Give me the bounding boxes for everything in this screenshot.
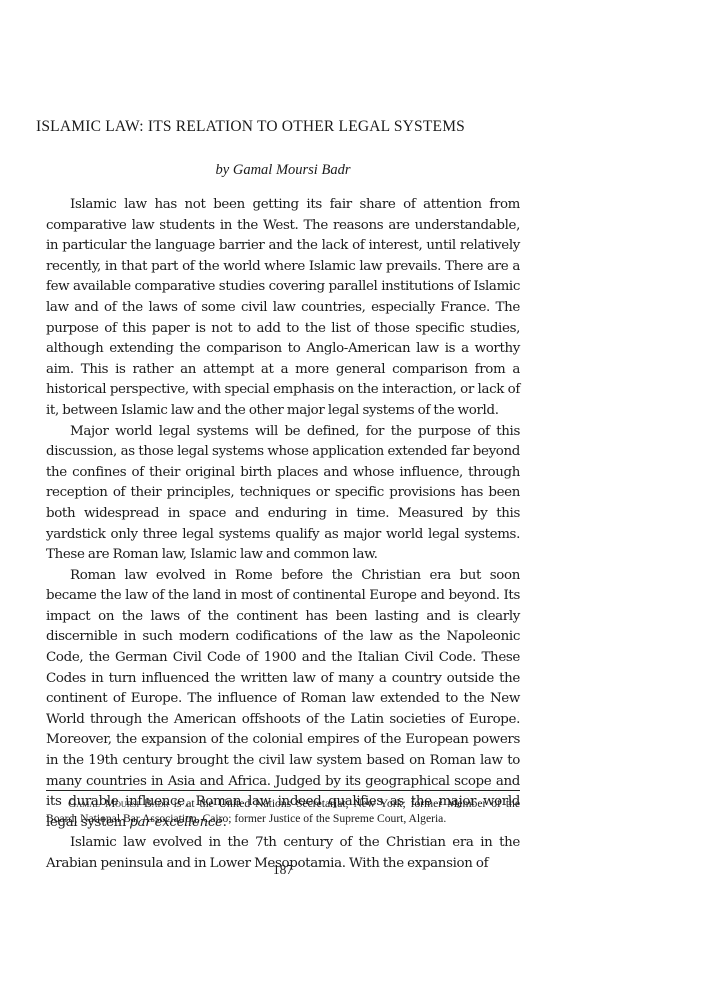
footnote-divider [46,790,520,791]
article-title: ISLAMIC LAW: ITS RELATION TO OTHER LEGAL… [36,117,520,137]
paragraph-2: Major world legal systems will be define… [46,422,520,566]
page-number: 187 [0,862,566,878]
author-footnote: Gamal Moursi Badr is at the United Natio… [46,796,520,826]
paragraph-3: Roman law evolved in Rome before the Chr… [46,566,520,834]
article-page: ISLAMIC LAW: ITS RELATION TO OTHER LEGAL… [46,117,520,875]
footnote-author-name: Gamal Moursi Badr [68,797,169,810]
article-byline: by Gamal Moursi Badr [46,160,520,180]
paragraph-1: Islamic law has not been getting its fai… [46,195,520,422]
article-body: Islamic law has not been getting its fai… [46,195,520,875]
